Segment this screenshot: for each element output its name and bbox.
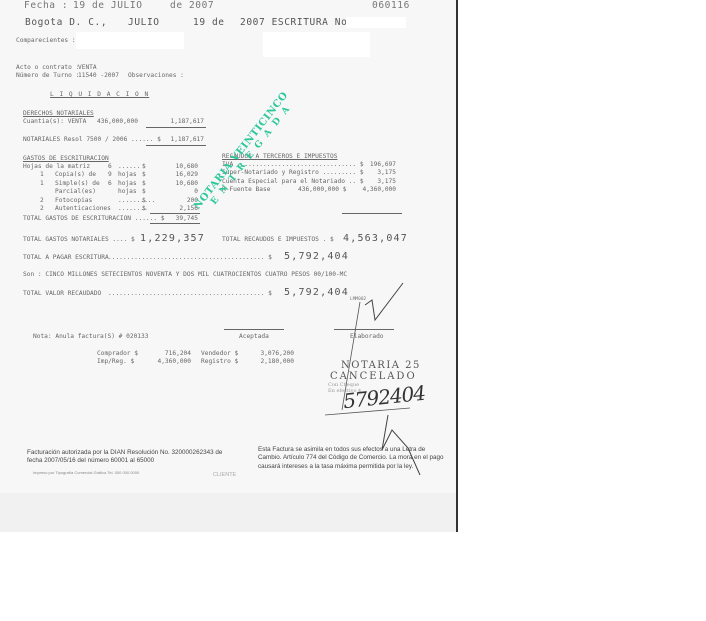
- row-value: 4,360,000: [350, 186, 396, 193]
- row-value: 16,029: [150, 171, 198, 178]
- legal-text: Esta Factura se asimila en todos sus efe…: [258, 446, 448, 471]
- row-qty: 2: [40, 197, 44, 204]
- row-label: Parcial(es): [55, 188, 96, 195]
- acto-label: Acto o contrato :: [16, 64, 79, 71]
- row-currency: $: [142, 197, 146, 204]
- total-recaudos-label: TOTAL RECAUDOS E IMPUESTOS . $: [222, 236, 334, 243]
- row-currency: $: [142, 163, 146, 170]
- row-value: 2,156: [150, 205, 198, 212]
- gastos-title: GASTOS DE ESCRITURACION: [23, 155, 109, 162]
- document-number: 060116: [372, 0, 410, 11]
- month: JULIO: [128, 17, 160, 28]
- aceptada-label: Aceptada: [239, 333, 269, 340]
- row-label: Simple(s) de: [55, 180, 100, 187]
- row-value: 10,680: [150, 163, 198, 170]
- row-label: Hojas de la matriz: [23, 163, 90, 170]
- observaciones-label: Observaciones :: [128, 72, 184, 79]
- total-gastos-notariales-value: 1,229,357: [140, 233, 205, 244]
- document-bottom-band: [0, 493, 456, 532]
- row-currency: $: [142, 180, 146, 187]
- notariales-label: NOTARIALES Resol 7500 / 2006 ...... $: [23, 136, 161, 143]
- redacted-compareciente-2: [263, 32, 370, 57]
- vendedor-value: 3,076,200: [256, 350, 294, 357]
- dian-resolution-text: Facturación autorizada por la DIAN Resol…: [27, 449, 227, 466]
- registro-label: Registro $: [201, 358, 238, 365]
- turno-label: Número de Turno :: [16, 72, 79, 79]
- cuantia-base: 436,000,000: [97, 118, 138, 125]
- cuantia-label: Cuantia(s): VENTA: [23, 118, 86, 125]
- row-label: Cuenta Especial para el Notariado .. $: [222, 178, 364, 185]
- son-text: Son : CINCO MILLONES SETECIENTOS NOVENTA…: [23, 271, 347, 278]
- acto-value: VENTA: [78, 64, 97, 71]
- cuantia-value: 1,187,617: [146, 118, 204, 125]
- row-label: Fotocopias: [55, 197, 92, 204]
- gastos-total-value: 39,745: [150, 215, 198, 222]
- comparecientes-label: Comparecientes :: [16, 37, 76, 44]
- impreg-value: 4,360,000: [150, 358, 191, 365]
- notariales-value: 1,187,617: [146, 136, 204, 143]
- row-label: Copia(s) de: [55, 171, 96, 178]
- row-qty: 1: [40, 171, 44, 178]
- vendedor-label: Vendedor $: [201, 350, 238, 357]
- nota-anula-factura: Nota: Anula factura(S) # 020133: [33, 333, 148, 340]
- row-unit: hojas: [118, 180, 137, 187]
- invoice-document: Fecha : 19 de JULIO de 2007 060116 Bogot…: [0, 0, 458, 532]
- derechos-title: DERECHOS NOTARIALES: [23, 110, 94, 117]
- row-label: Autenticaciones: [55, 205, 111, 212]
- total-recaudos-value: 4,563,047: [343, 233, 408, 244]
- row-currency: $: [142, 188, 146, 195]
- total-pagar-label: TOTAL A PAGAR ESCRITURA: [23, 254, 109, 261]
- row-currency: $: [142, 171, 146, 178]
- escritura-label: 2007 ESCRITURA No.: [240, 17, 354, 28]
- row-count: 9: [108, 171, 112, 178]
- gastos-total-label: TOTAL GASTOS DE ESCRITURACION ...... $: [23, 215, 165, 222]
- row-base: 436,000,000 $: [298, 186, 346, 193]
- row-value: 200: [150, 197, 198, 204]
- row-value: 3,175: [350, 178, 396, 185]
- city: Bogota D. C.,: [25, 17, 107, 28]
- total-recaudado-label: TOTAL VALOR RECAUDADO: [23, 290, 101, 297]
- day: 19 de: [193, 17, 225, 28]
- registro-value: 2,180,000: [256, 358, 294, 365]
- comprador-label: Comprador $: [97, 350, 138, 357]
- row-unit: hojas: [118, 188, 137, 195]
- total-pagar-dots: ........................................…: [108, 254, 272, 261]
- row-qty: 2: [40, 205, 44, 212]
- fecha-year: de 2007: [170, 0, 214, 11]
- row-currency: $: [142, 205, 146, 212]
- redacted-compareciente-1: [76, 32, 184, 49]
- printer-text: Impreso por Tipografía Comercial Gráfica…: [33, 470, 139, 475]
- total-gastos-notariales-label: TOTAL GASTOS NOTARIALES .... $: [23, 236, 135, 243]
- total-pagar-value: 5,792,404: [284, 251, 349, 262]
- fecha-value: 19 de JULIO: [73, 0, 143, 11]
- row-count: 6: [108, 163, 112, 170]
- comprador-value: 716,204: [155, 350, 191, 357]
- row-unit: ......: [118, 163, 140, 170]
- row-qty: 1: [40, 180, 44, 187]
- liquidacion-title: L I Q U I D A C I O N: [50, 91, 149, 98]
- copy-label: CLIENTE: [213, 472, 236, 478]
- fecha-label: Fecha :: [24, 0, 68, 11]
- row-value: 10,680: [150, 180, 198, 187]
- row-value: 3,175: [350, 169, 396, 176]
- redacted-escritura-number: [346, 17, 406, 28]
- row-value: 0: [150, 188, 198, 195]
- impreg-label: Imp/Reg. $: [97, 358, 134, 365]
- turno-value: 11540 -2007: [78, 72, 119, 79]
- total-recaudado-dots: ........................................…: [108, 290, 272, 297]
- row-value: 196,697: [350, 161, 396, 168]
- row-count: 6: [108, 180, 112, 187]
- row-unit: hojas: [118, 171, 137, 178]
